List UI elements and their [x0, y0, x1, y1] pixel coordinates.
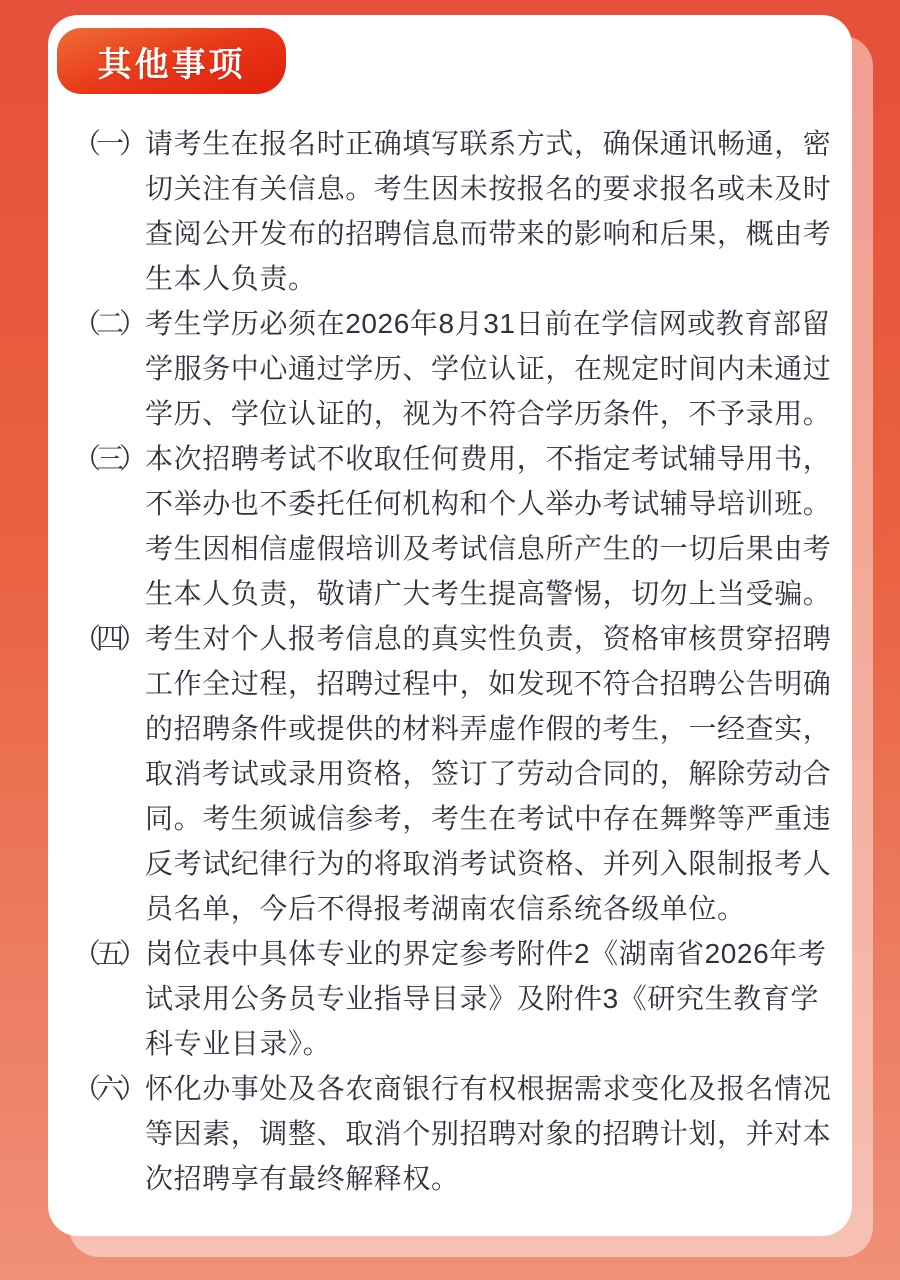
text-line: 请考生在报名时正确填写联系方式，确保通讯畅通，密	[145, 121, 834, 166]
item-marker: （三）	[73, 436, 145, 481]
section-header-badge: 其他事项	[57, 28, 286, 94]
text-line: 同。考生须诚信参考，考生在考试中存在舞弊等严重违	[145, 796, 834, 841]
text-line: 等因素，调整、取消个别招聘对象的招聘计划，并对本	[145, 1111, 834, 1156]
text-line: 考生因相信虚假培训及考试信息所产生的一切后果由考	[145, 526, 834, 571]
text-line: 取消考试或录用资格，签订了劳动合同的，解除劳动合	[145, 751, 834, 796]
list-item: （四） 考生对个人报考信息的真实性负责，资格审核贯穿招聘工作全过程，招聘过程中，…	[73, 616, 834, 931]
item-marker: （二）	[73, 301, 145, 346]
text-line: 试录用公务员专业指导目录》及附件3《研究生教育学	[145, 976, 834, 1021]
page-background: （一） 请考生在报名时正确填写联系方式，确保通讯畅通，密切关注有关信息。考生因未…	[0, 0, 900, 1280]
list-item: （六） 怀化办事处及各农商银行有权根据需求变化及报名情况等因素，调整、取消个别招…	[73, 1066, 834, 1201]
text-line: 工作全过程，招聘过程中，如发现不符合招聘公告明确	[145, 661, 834, 706]
list-item: （五） 岗位表中具体专业的界定参考附件2《湖南省2026年考试录用公务员专业指导…	[73, 931, 834, 1066]
text-line: 生本人负责，敬请广大考生提高警惕，切勿上当受骗。	[145, 571, 834, 616]
item-text: 岗位表中具体专业的界定参考附件2《湖南省2026年考试录用公务员专业指导目录》及…	[145, 931, 834, 1066]
item-text: 考生对个人报考信息的真实性负责，资格审核贯穿招聘工作全过程，招聘过程中，如发现不…	[145, 616, 834, 931]
item-marker: （五）	[73, 931, 145, 976]
list-item: （一） 请考生在报名时正确填写联系方式，确保通讯畅通，密切关注有关信息。考生因未…	[73, 121, 834, 301]
item-marker: （六）	[73, 1066, 145, 1111]
item-text: 考生学历必须在2026年8月31日前在学信网或教育部留学服务中心通过学历、学位认…	[145, 301, 834, 436]
text-line: 学历、学位认证的，视为不符合学历条件，不予录用。	[145, 391, 834, 436]
item-marker: （一）	[73, 121, 145, 166]
item-marker: （四）	[73, 616, 145, 661]
notice-card: （一） 请考生在报名时正确填写联系方式，确保通讯畅通，密切关注有关信息。考生因未…	[48, 15, 852, 1236]
text-line: 切关注有关信息。考生因未按报名的要求报名或未及时	[145, 166, 834, 211]
text-line: 反考试纪律行为的将取消考试资格、并列入限制报考人	[145, 841, 834, 886]
text-line: 不举办也不委托任何机构和个人举办考试辅导培训班。	[145, 481, 834, 526]
text-line: 岗位表中具体专业的界定参考附件2《湖南省2026年考	[145, 931, 834, 976]
item-text: 请考生在报名时正确填写联系方式，确保通讯畅通，密切关注有关信息。考生因未按报名的…	[145, 121, 834, 301]
text-line: 学服务中心通过学历、学位认证，在规定时间内未通过	[145, 346, 834, 391]
list-item: （三） 本次招聘考试不收取任何费用，不指定考试辅导用书，不举办也不委托任何机构和…	[73, 436, 834, 616]
text-line: 考生对个人报考信息的真实性负责，资格审核贯穿招聘	[145, 616, 834, 661]
list-item: （二） 考生学历必须在2026年8月31日前在学信网或教育部留学服务中心通过学历…	[73, 301, 834, 436]
text-line: 查阅公开发布的招聘信息而带来的影响和后果，概由考	[145, 211, 834, 256]
text-line: 的招聘条件或提供的材料弄虚作假的考生，一经查实，	[145, 706, 834, 751]
notice-list: （一） 请考生在报名时正确填写联系方式，确保通讯畅通，密切关注有关信息。考生因未…	[73, 121, 834, 1201]
text-line: 考生学历必须在2026年8月31日前在学信网或教育部留	[145, 301, 834, 346]
text-line: 员名单，今后不得报考湖南农信系统各级单位。	[145, 886, 834, 931]
text-line: 次招聘享有最终解释权。	[145, 1156, 834, 1201]
text-line: 本次招聘考试不收取任何费用，不指定考试辅导用书，	[145, 436, 834, 481]
item-text: 本次招聘考试不收取任何费用，不指定考试辅导用书，不举办也不委托任何机构和个人举办…	[145, 436, 834, 616]
text-line: 怀化办事处及各农商银行有权根据需求变化及报名情况	[145, 1066, 834, 1111]
text-line: 科专业目录》。	[145, 1021, 834, 1066]
section-title: 其他事项	[98, 37, 246, 86]
item-text: 怀化办事处及各农商银行有权根据需求变化及报名情况等因素，调整、取消个别招聘对象的…	[145, 1066, 834, 1201]
text-line: 生本人负责。	[145, 256, 834, 301]
